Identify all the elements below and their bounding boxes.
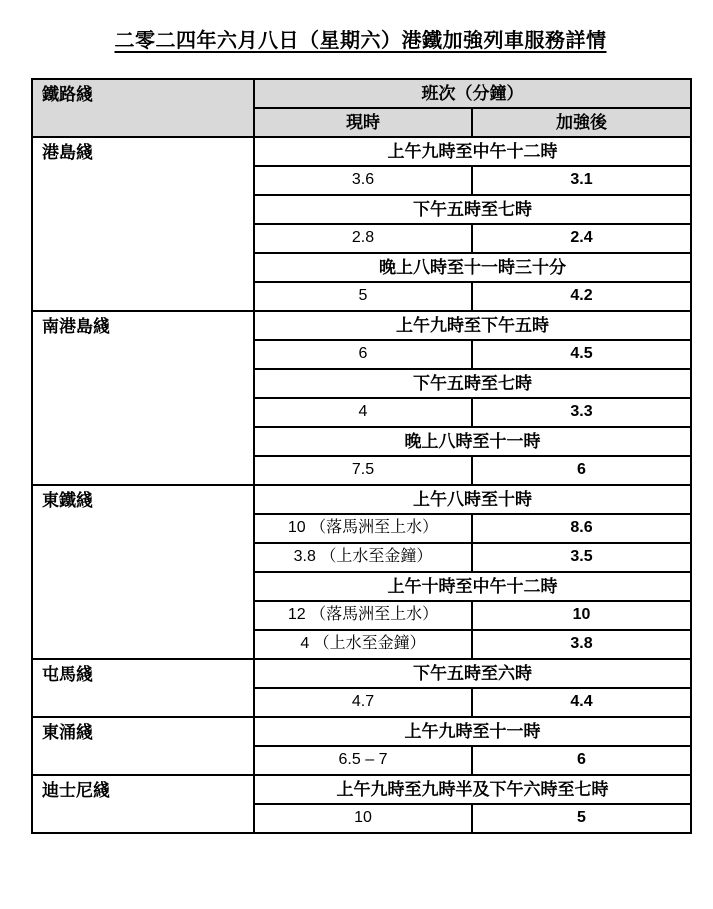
line-name-south-island-line: 南港島綫 [32, 311, 254, 485]
enhanced-frequency-cell: 8.6 [472, 514, 691, 543]
enhanced-frequency-cell: 4.4 [472, 688, 691, 717]
current-frequency-cell: 6.5 – 7 [254, 746, 472, 775]
enhanced-frequency-cell: 6 [472, 456, 691, 485]
table-row: 迪士尼綫 上午九時至九時半及下午六時至七時 [32, 775, 691, 804]
table-row: 南港島綫 上午九時至下午五時 [32, 311, 691, 340]
current-frequency-cell: 10 （落馬洲至上水） [254, 514, 472, 543]
enhanced-frequency-cell: 3.5 [472, 543, 691, 572]
document-page: 二零二四年六月八日（星期六）港鐵加強列車服務詳情 鐵路綫 班次（分鐘） 現時 加… [0, 0, 713, 909]
enhanced-frequency-cell: 3.3 [472, 398, 691, 427]
enhanced-frequency-cell: 3.1 [472, 166, 691, 195]
time-period-cell: 上午九時至九時半及下午六時至七時 [254, 775, 691, 804]
time-period-cell: 下午五時至七時 [254, 369, 691, 398]
line-name-disneyland-resort-line: 迪士尼綫 [32, 775, 254, 833]
table-header-row: 鐵路綫 班次（分鐘） [32, 79, 691, 108]
enhanced-frequency-cell: 6 [472, 746, 691, 775]
time-period-cell: 下午五時至六時 [254, 659, 691, 688]
enhanced-frequency-cell: 5 [472, 804, 691, 833]
time-period-cell: 上午十時至中午十二時 [254, 572, 691, 601]
line-name-tuen-ma-line: 屯馬綫 [32, 659, 254, 717]
header-frequency: 班次（分鐘） [254, 79, 691, 108]
time-period-cell: 晚上八時至十一時 [254, 427, 691, 456]
header-enhanced: 加強後 [472, 108, 691, 137]
table-row: 東鐵綫 上午八時至十時 [32, 485, 691, 514]
current-frequency-cell: 10 [254, 804, 472, 833]
header-rail-line: 鐵路綫 [32, 79, 254, 137]
enhanced-frequency-cell: 10 [472, 601, 691, 630]
train-service-table: 鐵路綫 班次（分鐘） 現時 加強後 港島綫 上午九時至中午十二時 3.6 3.1… [31, 78, 692, 834]
enhanced-frequency-cell: 3.8 [472, 630, 691, 659]
time-period-cell: 下午五時至七時 [254, 195, 691, 224]
enhanced-frequency-cell: 4.2 [472, 282, 691, 311]
enhanced-frequency-cell: 4.5 [472, 340, 691, 369]
line-name-east-rail-line: 東鐵綫 [32, 485, 254, 659]
time-period-cell: 上午九時至下午五時 [254, 311, 691, 340]
page-title: 二零二四年六月八日（星期六）港鐵加強列車服務詳情 [31, 24, 690, 53]
table-row: 港島綫 上午九時至中午十二時 [32, 137, 691, 166]
table-row: 東涌綫 上午九時至十一時 [32, 717, 691, 746]
current-frequency-cell: 4 （上水至金鐘） [254, 630, 472, 659]
time-period-cell: 上午九時至中午十二時 [254, 137, 691, 166]
current-frequency-cell: 6 [254, 340, 472, 369]
time-period-cell: 上午九時至十一時 [254, 717, 691, 746]
current-frequency-cell: 3.6 [254, 166, 472, 195]
time-period-cell: 晚上八時至十一時三十分 [254, 253, 691, 282]
current-frequency-cell: 7.5 [254, 456, 472, 485]
current-frequency-cell: 12 （落馬洲至上水） [254, 601, 472, 630]
current-frequency-cell: 4.7 [254, 688, 472, 717]
time-period-cell: 上午八時至十時 [254, 485, 691, 514]
table-row: 屯馬綫 下午五時至六時 [32, 659, 691, 688]
current-frequency-cell: 4 [254, 398, 472, 427]
current-frequency-cell: 3.8 （上水至金鐘） [254, 543, 472, 572]
enhanced-frequency-cell: 2.4 [472, 224, 691, 253]
line-name-island-line: 港島綫 [32, 137, 254, 311]
line-name-tung-chung-line: 東涌綫 [32, 717, 254, 775]
header-current: 現時 [254, 108, 472, 137]
current-frequency-cell: 5 [254, 282, 472, 311]
current-frequency-cell: 2.8 [254, 224, 472, 253]
